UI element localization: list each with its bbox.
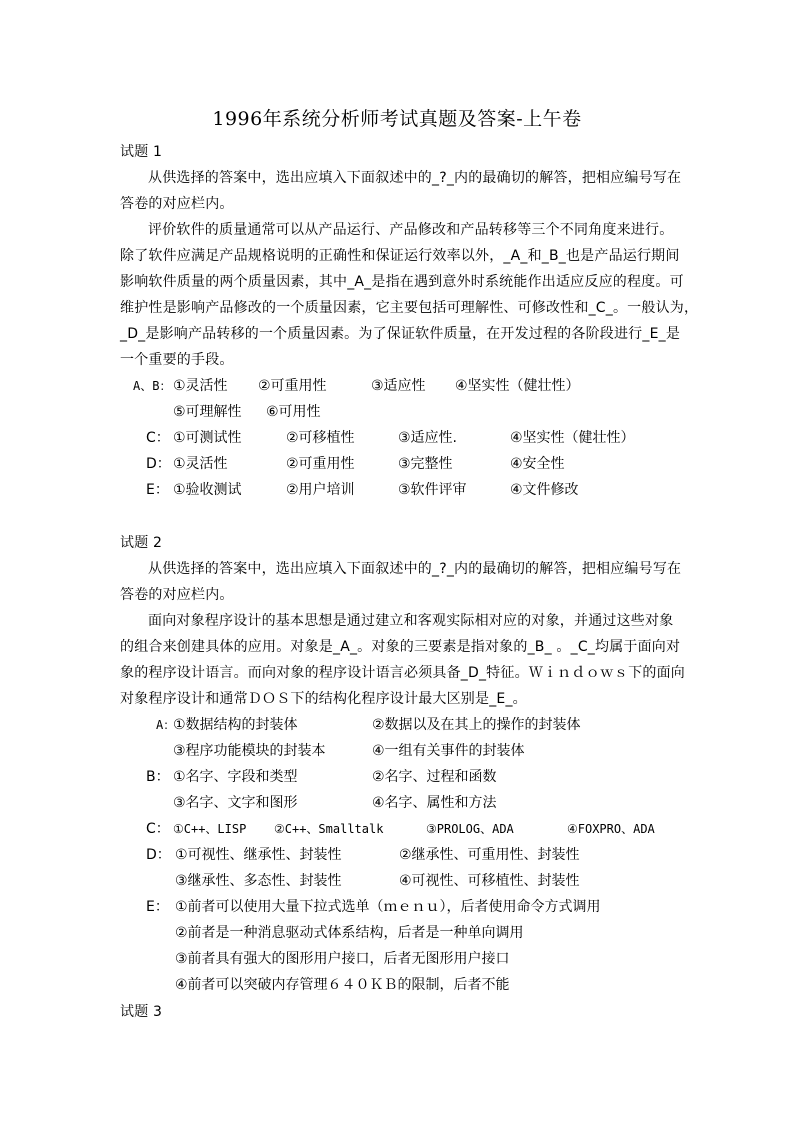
- option-item: ②可重用性: [258, 377, 327, 395]
- body-line: 影响软件质量的两个质量因素，其中_A_是指在遇到意外时系统能作出适应反应的程度。…: [120, 273, 684, 291]
- body-line: 象的程序设计语言。而向对象的程序设计语言必须具备_D_特征。Ｗｉｎｄｏｗｓ下的面…: [120, 664, 685, 682]
- option-item: ③PROLOG、ADA: [426, 820, 514, 838]
- body-line: 评价软件的质量通常可以从产品运行、产品修改和产品转移等三个不同角度来进行。: [148, 221, 673, 239]
- body-line: 一个重要的手段。: [120, 351, 234, 369]
- option-item: ②继承性、可重用性、封装性: [399, 846, 580, 864]
- option-item: ③名字、文字和图形: [173, 794, 298, 812]
- question-heading: 试题 2: [120, 534, 162, 552]
- option-item: ①验收测试: [173, 481, 242, 499]
- option-item: ①灵活性: [173, 377, 228, 395]
- option-item: ①灵活性: [173, 455, 228, 473]
- instruction-line: 答卷的对应栏内。: [120, 195, 234, 213]
- instruction-line: 答卷的对应栏内。: [120, 586, 234, 604]
- option-item: ①前者可以使用大量下拉式选单（ｍｅｎｕ），后者使用命令方式调用: [175, 898, 601, 916]
- option-item: ②可重用性: [286, 455, 355, 473]
- option-item: ③适应性: [371, 377, 426, 395]
- option-item: ①可测试性: [173, 429, 242, 447]
- option-item: ④前者可以突破内存管理６４０ＫＢ的限制，后者不能: [175, 976, 510, 994]
- document-page: 1996年系统分析师考试真题及答案-上午卷 试题 1 从供选择的答案中，选出应填…: [0, 0, 794, 1123]
- body-line: 除了软件应满足产品规格说明的正确性和保证运行效率以外，_A_和_B_也是产品运行…: [120, 247, 680, 265]
- option-item: ④文件修改: [510, 481, 579, 499]
- option-item: ④一组有关事件的封装体: [372, 742, 525, 760]
- option-item: ④安全性: [510, 455, 565, 473]
- option-item: ④FOXPRO、ADA: [567, 820, 655, 838]
- option-item: ②名字、过程和函数: [372, 768, 497, 786]
- body-line: _D_是影响产品转移的一个质量因素。为了保证软件质量，在开发过程的各阶段进行_E…: [120, 325, 680, 343]
- option-item: ③软件评审: [398, 481, 467, 499]
- option-item: ③程序功能模块的封装本: [173, 742, 326, 760]
- option-item: ③适应性.: [398, 429, 457, 447]
- option-label: B：: [146, 768, 170, 786]
- option-item: ③前者具有强大的图形用户接口，后者无图形用户接口: [175, 950, 510, 968]
- option-item: ②用户培训: [286, 481, 355, 499]
- instruction-line: 从供选择的答案中，选出应填入下面叙述中的_?_内的最确切的解答，把相应编号写在: [148, 560, 681, 578]
- option-item: ④名字、属性和方法: [372, 794, 497, 812]
- option-label: C：: [146, 820, 170, 838]
- instruction-line: 从供选择的答案中，选出应填入下面叙述中的_?_内的最确切的解答，把相应编号写在: [148, 169, 681, 187]
- page-title: 1996年系统分析师考试真题及答案-上午卷: [0, 104, 794, 131]
- option-label: D：: [146, 846, 171, 864]
- option-item: ①数据结构的封装体: [173, 716, 298, 734]
- option-label: E：: [146, 898, 169, 916]
- option-item: ①名字、字段和类型: [173, 768, 298, 786]
- option-item: ⑤可理解性: [173, 403, 242, 421]
- body-line: 的组合来创建具体的应用。对象是_A_。对象的三要素是指对象的_B_ 。_C_均属…: [120, 638, 680, 656]
- option-label: C：: [146, 429, 170, 447]
- option-item: ④可视性、可移植性、封装性: [399, 872, 580, 890]
- option-item: ④坚实性（健壮性）: [455, 377, 580, 395]
- option-item: ③完整性: [398, 455, 453, 473]
- option-label: D：: [146, 455, 171, 473]
- option-item: ②C++、Smalltalk: [274, 820, 383, 838]
- option-item: ②前者是一种消息驱动式体系结构，后者是一种单向调用: [175, 924, 524, 942]
- option-item: ③继承性、多态性、封装性: [175, 872, 342, 890]
- option-item: ②可移植性: [286, 429, 355, 447]
- option-item: ①可视性、继承性、封装性: [175, 846, 342, 864]
- body-line: 维护性是影响产品修改的一个质量因素，它主要包括可理解性、可修改性和_C_。一般认…: [120, 299, 698, 317]
- option-item: ⑥可用性: [266, 403, 321, 421]
- option-label: A、B：: [133, 377, 171, 395]
- option-item: ①C++、LISP: [173, 820, 246, 838]
- body-line: 对象程序设计和通常ＤＯＳ下的结构化程序设计最大区别是_E_。: [120, 690, 527, 708]
- question-heading: 试题 3: [120, 1003, 162, 1021]
- body-line: 面向对象程序设计的基本思想是通过建立和客观实际相对应的对象，并通过这些对象: [148, 612, 673, 630]
- option-item: ④坚实性（健壮性）: [510, 429, 635, 447]
- option-label: E：: [146, 481, 169, 499]
- question-heading: 试题 1: [120, 143, 162, 161]
- option-item: ②数据以及在其上的操作的封装体: [372, 716, 581, 734]
